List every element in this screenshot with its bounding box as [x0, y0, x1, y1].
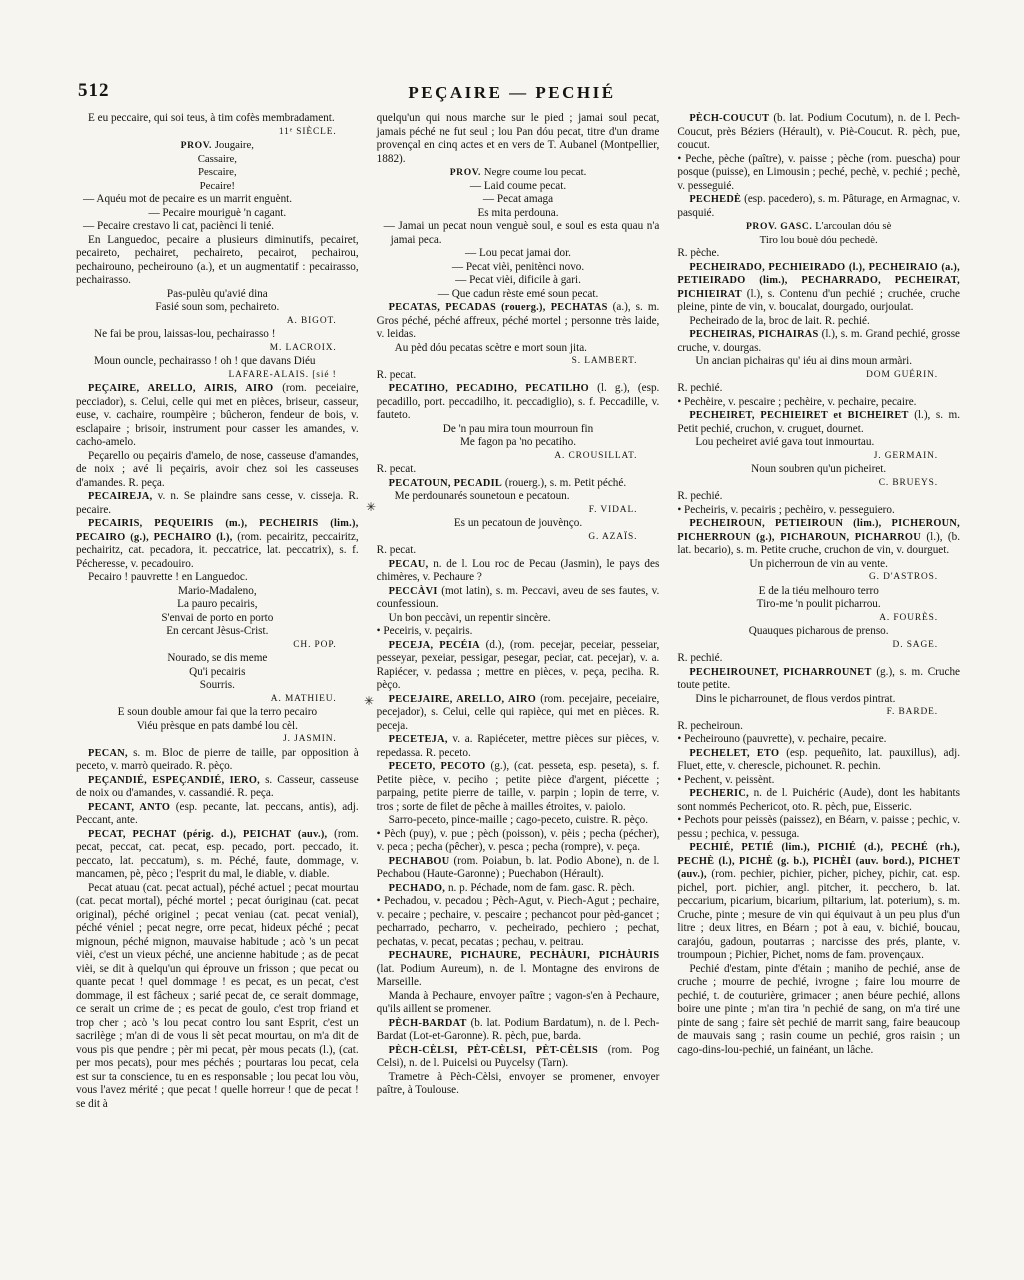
dictionary-entry: PÈCH-BARDAT (b. lat. Podium Bardatum), n… [377, 1017, 660, 1044]
headword: PECHADO, [389, 883, 445, 894]
dictionary-entry: PECAIRIS, PEQUEIRIS (m.), PECHEIRIS (lim… [76, 517, 359, 571]
dictionary-entry: PECHELET, ETO (esp. pequeñito, lat. paux… [677, 747, 960, 774]
continuation-paragraph: R. pèche. [677, 247, 960, 261]
cross-reference-note: • Pecheirouno (pauvrette), v. pechaire, … [677, 733, 960, 747]
continuation-paragraph: R. pecat. [377, 544, 660, 558]
verse-line: Qu'i pecairis [76, 666, 359, 680]
headword: PECHELET, ETO [689, 748, 779, 759]
body-text: Trametre à Pèch-Cèlsi, envoyer se promen… [377, 1071, 660, 1097]
body-text: Sarro-peceto, pince-maille ; cago-peceto… [389, 814, 648, 826]
headword: PECATAS, PECADAS (rouerg.), PECHATAS [389, 302, 608, 313]
verse-quote: Mario-Madaleno,La pauro pecairis,S'envai… [76, 585, 359, 639]
citation-line: Au pèd dóu pecatas scètre e mort soun ji… [377, 342, 660, 356]
citation-line: Un picherroun de vin au vente. [677, 558, 960, 572]
citation-attribution: DOM GUÉRIN. [677, 369, 960, 383]
body-text: R. pecat. [377, 369, 416, 381]
headword: PÈCH-CÈLSI, PÈT-CÈLSI, PÈT-CÈLSIS [389, 1045, 598, 1056]
citation-attribution: D. SAGE. [677, 639, 960, 653]
body-text: Au pèd dóu pecatas scètre e mort soun ji… [395, 342, 587, 354]
body-text: F. BARDE. [887, 707, 938, 717]
proverb-block: PROV. Negre coume lou pecat. [377, 166, 660, 180]
citation-attribution: F. VIDAL. [377, 504, 660, 518]
headword: PECAU, [389, 559, 429, 570]
cross-reference-note: • Pechadou, v. pecadou ; Pèch-Agut, v. P… [377, 895, 660, 949]
headword: PECHEIRAS, PICHAIRAS [689, 329, 818, 340]
dictionary-entry: PECAIREJA, v. n. Se plaindre sans cesse,… [76, 490, 359, 517]
verse-line: Pas-pulèu qu'avié dina [76, 288, 359, 302]
body-text: — Pecat vièi, penitènci novo. [452, 261, 584, 273]
body-text: • Peche, pèche (paître), v. paisse ; pèc… [677, 153, 960, 192]
cross-reference-note: • Pechent, v. peissènt. [677, 774, 960, 788]
verse-quote: Nourado, se dis memeQu'i pecairisSourris… [76, 652, 359, 693]
dictionary-entry: PÈCH-CÈLSI, PÈT-CÈLSI, PÈT-CÈLSIS (rom. … [377, 1044, 660, 1071]
verse-line: La pauro pecairis, [76, 598, 359, 612]
body-text: — Laid coume pecat. [470, 180, 566, 192]
dictionary-entry: PECEJAIRE, ARELLO, AIRO (rom. pecejaire,… [377, 693, 660, 734]
body-text: 11ᵉ SIÈCLE. [279, 127, 337, 137]
headword: PECHAURE, PICHAURE, PECHÀURI, PICHÀURIS [389, 950, 660, 961]
example-paragraph: Un bon peccàvi, un repentir sincère. [377, 612, 660, 626]
body-text: Moun ouncle, pechairasso ! oh ! que dava… [94, 355, 316, 367]
body-text: D. SAGE. [893, 640, 938, 650]
body-text: • Pechent, v. peissènt. [677, 774, 774, 786]
body-text: quelqu'un qui nous marche sur le pied ; … [377, 112, 660, 165]
dictionary-entry: PEÇANDIÉ, ESPEÇANDIÉ, IERO, s. Casseur, … [76, 774, 359, 801]
cross-reference-note: • Pechèire, v. pescaire ; pechèire, v. p… [677, 396, 960, 410]
verse-line: S'envai de porto en porto [76, 612, 359, 626]
proverb-line: — Que cadun rèste emé soun pecat. [377, 288, 660, 302]
body-text: F. VIDAL. [589, 505, 638, 515]
body-text: (lat. Podium Aureum), n. de l. Montagne … [377, 963, 660, 989]
headword: PECANT, ANTO [88, 802, 170, 813]
example-paragraph: Pecheirado de la, broc de lait. R. pechi… [677, 315, 960, 329]
headword: PECHEIRET, PECHIEIRET et BICHEIRET [689, 410, 908, 421]
body-text: • Pechadou, v. pecadou ; Pèch-Agut, v. P… [377, 895, 660, 948]
dictionary-entry: PECHEIROUNET, PICHARROUNET (g.), s. m. C… [677, 666, 960, 693]
headword: PECETO, PECOTO [389, 761, 486, 772]
proverb-label: PROV. [450, 167, 481, 178]
column-left: E eu peccaire, qui soi teus, à tim cofès… [76, 112, 359, 1111]
headword: PECCÀVI [389, 586, 438, 597]
body-text: Dins le picharrounet, de flous verdos pi… [695, 693, 895, 705]
proverb-block: PROV. Jougaire,Cassaire,Pescaire,Pecaire… [76, 139, 359, 193]
column-middle: quelqu'un qui nous marche sur le pied ; … [377, 112, 660, 1111]
body-text: Un bon peccàvi, un repentir sincère. [389, 612, 551, 624]
body-text: R. pecat. [377, 544, 416, 556]
dictionary-entry: PECANT, ANTO (esp. pecante, lat. peccans… [76, 801, 359, 828]
verse-line: Viéu prèsque en pats dambé lou cèl. [76, 720, 359, 734]
body-text: A. BIGOT. [287, 316, 337, 326]
verse-line: Negre coume lou pecat. [484, 166, 587, 178]
proverb-line: — Pecaire mouriguè 'n cagant. [76, 207, 359, 221]
body-text: Un picherroun de vin au vente. [749, 558, 888, 570]
body-text: CH. POP. [293, 640, 336, 650]
headword: PECHEIROUN, PETIEIROUN (lim.), PICHEROUN… [677, 518, 960, 543]
dictionary-entry: PECCÀVI (mot latin), s. m. Peccavi, aveu… [377, 585, 660, 612]
example-paragraph: Peçarello ou peçairis d'amelo, de nose, … [76, 450, 359, 491]
citation-attribution: A. MATHIEU. [76, 693, 359, 707]
headword: PECHEDÈ [689, 194, 741, 205]
body-text: DOM GUÉRIN. [866, 370, 938, 380]
citation-line: Lou pecheiret avié gava tout inmourtau. [677, 436, 960, 450]
body-text: J. JASMIN. [283, 734, 337, 744]
body-text: G. AZAÏS. [588, 532, 637, 542]
dictionary-entry: PECAN, s. m. Bloc de pierre de taille, p… [76, 747, 359, 774]
cross-reference-note: • Pechots pour peissès (paissez), en Béa… [677, 814, 960, 841]
cross-reference-note: • Peche, pèche (paître), v. paisse ; pèc… [677, 153, 960, 194]
verse-line: Cassaire, [76, 153, 359, 167]
headword: PEÇAIRE, ARELLO, AIRIS, AIRO [88, 383, 273, 394]
verse-line: Mario-Madaleno, [76, 585, 359, 599]
dictionary-entry: PECHIÉ, PETIÉ (lim.), PICHIÉ (d.), PECHÉ… [677, 841, 960, 963]
proverb-label: PROV. [181, 140, 212, 151]
example-paragraph: Trametre à Pèch-Cèlsi, envoyer se promen… [377, 1071, 660, 1098]
body-text: Peçarello ou peçairis d'amelo, de nose, … [76, 450, 359, 489]
dictionary-entry: PECHADO, n. p. Péchade, nom de fam. gasc… [377, 882, 660, 896]
dictionary-entry: PECHEIRADO, PECHIEIRADO (l.), PECHEIRAIO… [677, 261, 960, 315]
verse-line: L'arcoulan dóu sè [815, 220, 891, 232]
verse-line: Tiro-me 'n poulit picharrou. [677, 598, 960, 612]
dictionary-entry: PECHAURE, PICHAURE, PECHÀURI, PICHÀURIS … [377, 949, 660, 990]
verse-line: Es mita perdouna. [377, 207, 660, 221]
headword: PECHERIC, [689, 788, 749, 799]
body-text: — Pecat vièi, dificile à gari. [455, 274, 581, 286]
citation-line: Moun ouncle, pechairasso ! oh ! que dava… [76, 355, 359, 369]
headword: PÈCH-BARDAT [389, 1018, 467, 1029]
page-title: PEÇAIRE — PECHIÉ [0, 83, 1024, 103]
body-text: — Jamai un pecat noun venguè soul, e sou… [384, 220, 660, 246]
citation-attribution: M. LACROIX. [76, 342, 359, 356]
citation-attribution: A. BIGOT. [76, 315, 359, 329]
citation-line: Quauques picharous de prenso. [677, 625, 960, 639]
body-text: — Lou pecat jamai dor. [465, 247, 571, 259]
column-right: PÈCH-COUCUT (b. lat. Podium Cocutum), n.… [677, 112, 960, 1111]
citation-line: Ne fai be prou, laissas-lou, pechairasso… [76, 328, 359, 342]
body-text: (rouerg.), s. m. Petit péché. [505, 477, 626, 489]
body-text: Pecheirado de la, broc de lait. R. pechi… [689, 315, 869, 327]
continuation-paragraph: R. pechié. [677, 382, 960, 396]
verse-quote: — Pecat amagaEs mita perdouna. [377, 193, 660, 220]
example-paragraph: En Languedoc, pecaire a plusieurs diminu… [76, 234, 359, 288]
headword: PECHABOU [389, 856, 450, 867]
headword: PÈCH-COUCUT [689, 113, 769, 124]
verse-line: Pecaire! [76, 180, 359, 194]
body-text: Pecat atuau (cat. pecat actual), péché a… [76, 882, 359, 1110]
citation-attribution: 11ᵉ SIÈCLE. [76, 126, 359, 140]
body-text: E eu peccaire, qui soi teus, à tim cofès… [88, 112, 335, 124]
body-text: R. pechié. [677, 652, 722, 664]
body-text: Manda à Pechaure, envoyer paître ; vagon… [377, 990, 660, 1016]
verse-line: Me fagon pa 'no pecatiho. [377, 436, 660, 450]
dictionary-entry: PEÇAIRE, ARELLO, AIRIS, AIRO (rom. pecei… [76, 382, 359, 450]
body-text: A. MATHIEU. [271, 694, 337, 704]
example-paragraph: Pecairo ! pauvrette ! en Languedoc. [76, 571, 359, 585]
verse-line: — Pecat amaga [377, 193, 660, 207]
citation-attribution: CH. POP. [76, 639, 359, 653]
verse-line: En cercant Jèsus-Crist. [76, 625, 359, 639]
citation-attribution: J. JASMIN. [76, 733, 359, 747]
headword: PECATIHO, PECADIHO, PECATILHO [389, 383, 589, 394]
body-text: R. pechié. [677, 382, 722, 394]
headword: PECAT, PECHAT (périg. d.), PEICHAT (auv.… [88, 829, 327, 840]
continuation-paragraph: R. pecat. [377, 463, 660, 477]
dictionary-entry: PECHABOU (rom. Poiabun, b. lat. Podio Ab… [377, 855, 660, 882]
body-text: Quauques picharous de prenso. [749, 625, 889, 637]
continuation-paragraph: quelqu'un qui nous marche sur le pied ; … [377, 112, 660, 166]
dictionary-entry: PECATIHO, PECADIHO, PECATILHO (l. g.), (… [377, 382, 660, 423]
headword: PECEJA, PECÉIA [389, 640, 480, 651]
citation-attribution: J. GERMAIN. [677, 450, 960, 464]
body-text: • Pecheiris, v. pecairis ; pechèiro, v. … [677, 504, 894, 516]
body-text: J. GERMAIN. [874, 451, 938, 461]
proverb-label: PROV. GASC. [746, 221, 812, 232]
headword: PECHEIROUNET, PICHARROUNET [689, 667, 871, 678]
body-text: Me perdounarés sounetoun e pecatoun. [395, 490, 570, 502]
body-text: Un ancian pichairas qu' iéu ai dins moun… [695, 355, 912, 367]
proverb-line: — Lou pecat jamai dor. [377, 247, 660, 261]
verse-quote: E soun double amour fai que la terro pec… [76, 706, 359, 733]
citation-attribution: F. BARDE. [677, 706, 960, 720]
body-text: Lou pecheiret avié gava tout inmourtau. [695, 436, 874, 448]
citation-line: Noun soubren qu'un picheiret. [677, 463, 960, 477]
citation-attribution: LAFARE-ALAIS. [sié ! [76, 369, 359, 383]
proverb-line: — Aquéu mot de pecaire es un marrit engu… [76, 193, 359, 207]
body-text: — Pecaire mouriguè 'n cagant. [148, 207, 286, 219]
dictionary-entry: PECETEJA, v. a. Rapiéceter, mettre pièce… [377, 733, 660, 760]
verse-line: Jougaire, [215, 139, 254, 151]
proverb-block: PROV. GASC. L'arcoulan dóu sèTiro lou bo… [677, 220, 960, 247]
body-text: — Pecaire crestavo li cat, paciènci li t… [83, 220, 274, 232]
dictionary-entry: PECAT, PECHAT (périg. d.), PEICHAT (auv.… [76, 828, 359, 882]
headword: PECETEJA, [389, 734, 448, 745]
citation-attribution: C. BRUEYS. [677, 477, 960, 491]
citation-attribution: G. AZAÏS. [377, 531, 660, 545]
verse-line: Pescaire, [76, 166, 359, 180]
verse-line: E soun double amour fai que la terro pec… [76, 706, 359, 720]
dictionary-entry: PECHEDÈ (esp. pacedero), s. m. Pâturage,… [677, 193, 960, 220]
verse-line: E de la tiéu melhouro terro [677, 585, 960, 599]
proverb-line: — Jamai un pecat noun venguè soul, e sou… [377, 220, 660, 247]
dictionary-entry: PECHEIRAS, PICHAIRAS (l.), s. m. Grand p… [677, 328, 960, 355]
citation-line: Es un pecatoun de jouvènço. [377, 517, 660, 531]
body-text: — Aquéu mot de pecaire es un marrit engu… [83, 193, 292, 205]
body-text: C. BRUEYS. [879, 478, 938, 488]
citation-line: Dins le picharrounet, de flous verdos pi… [677, 693, 960, 707]
headword: PEÇANDIÉ, ESPEÇANDIÉ, IERO, [88, 775, 260, 786]
proverb-line: — Laid coume pecat. [377, 180, 660, 194]
verse-line: Nourado, se dis meme [76, 652, 359, 666]
body-text: R. pechié. [677, 490, 722, 502]
body-text: A. CROUSILLAT. [554, 451, 637, 461]
headword: PECATOUN, PECADIL [389, 478, 502, 489]
verse-quote: E de la tiéu melhouro terroTiro-me 'n po… [677, 585, 960, 612]
dictionary-entry: PECAU, n. de l. Lou roc de Pecau (Jasmin… [377, 558, 660, 585]
verse-line: De 'n pau mira toun mourroun fin [377, 423, 660, 437]
body-text: R. pecheiroun. [677, 720, 743, 732]
body-text: n. p. Péchade, nom de fam. gasc. R. pèch… [448, 882, 635, 894]
citation-attribution: S. LAMBERT. [377, 355, 660, 369]
headword: PECAN, [88, 748, 128, 759]
citation-line: Un ancian pichairas qu' iéu ai dins moun… [677, 355, 960, 369]
example-paragraph: Pecat atuau (cat. pecat actual), péché a… [76, 882, 359, 1112]
dictionary-entry: PECATOUN, PECADIL (rouerg.), s. m. Petit… [377, 477, 660, 491]
body-text: • Pecheirouno (pauvrette), v. pechaire, … [677, 733, 886, 745]
verse-line: Fasié soun som, pechaireto. [76, 301, 359, 315]
body-text: S. LAMBERT. [572, 356, 638, 366]
citation-attribution: A. CROUSILLAT. [377, 450, 660, 464]
body-text: En Languedoc, pecaire a plusieurs diminu… [76, 234, 359, 287]
headword: PECEJAIRE, ARELLO, AIRO [389, 694, 536, 705]
citation-attribution: A. FOURÈS. [677, 612, 960, 626]
body-text: LAFARE-ALAIS. [sié ! [228, 370, 336, 380]
cross-reference-note: • Pecheiris, v. pecairis ; pechèiro, v. … [677, 504, 960, 518]
body-text: R. pèche. [677, 247, 719, 259]
proverb-line: — Pecat vièi, dificile à gari. [377, 274, 660, 288]
body-text: • Pechèire, v. pescaire ; pechèire, v. p… [677, 396, 916, 408]
body-text: • Pèch (puy), v. pue ; pèch (poisson), v… [377, 828, 660, 854]
verse-line: Tiro lou bouè dóu pechedè. [677, 234, 960, 248]
body-text: Pecairo ! pauvrette ! en Languedoc. [88, 571, 248, 583]
headword: PECAIREJA, [88, 491, 153, 502]
dictionary-entry: PECHERIC, n. de l. Puichéric (Aude), don… [677, 787, 960, 814]
example-paragraph: Sarro-peceto, pince-maille ; cago-peceto… [377, 814, 660, 828]
dictionary-entry: PECHEIRET, PECHIEIRET et BICHEIRET (l.),… [677, 409, 960, 436]
text-columns: E eu peccaire, qui soi teus, à tim cofès… [76, 112, 960, 1111]
example-paragraph: E eu peccaire, qui soi teus, à tim cofès… [76, 112, 359, 126]
example-paragraph: Manda à Pechaure, envoyer paître ; vagon… [377, 990, 660, 1017]
dictionary-entry: PÈCH-COUCUT (b. lat. Podium Cocutum), n.… [677, 112, 960, 153]
proverb-line: — Pecaire crestavo li cat, paciènci li t… [76, 220, 359, 234]
body-text: Noun soubren qu'un picheiret. [751, 463, 886, 475]
example-paragraph: Pechié d'estam, pinte d'étain ; maniho d… [677, 963, 960, 1058]
dictionary-entry: PECHEIROUN, PETIEIROUN (lim.), PICHEROUN… [677, 517, 960, 558]
body-text: Pechié d'estam, pinte d'étain ; maniho d… [677, 963, 960, 1056]
citation-line: Me perdounarés sounetoun e pecatoun. [377, 490, 660, 504]
verse-line: Sourris. [76, 679, 359, 693]
proverb-line: — Pecat vièi, penitènci novo. [377, 261, 660, 275]
citation-attribution: G. D'ASTROS. [677, 571, 960, 585]
cross-reference-note: • Pèch (puy), v. pue ; pèch (poisson), v… [377, 828, 660, 855]
body-text: M. LACROIX. [270, 343, 337, 353]
body-text: Es un pecatoun de jouvènço. [454, 517, 582, 529]
continuation-paragraph: R. pechié. [677, 490, 960, 504]
body-text: • Peceiris, v. peçairis. [377, 625, 473, 637]
body-text: — Que cadun rèste emé soun pecat. [438, 288, 599, 300]
dictionary-entry: PECATAS, PECADAS (rouerg.), PECHATAS (a.… [377, 301, 660, 342]
body-text: G. D'ASTROS. [869, 572, 938, 582]
verse-quote: De 'n pau mira toun mourroun finMe fagon… [377, 423, 660, 450]
body-text: (rom. pechier, pichier, picher, pichey, … [677, 868, 960, 961]
body-text: A. FOURÈS. [879, 613, 938, 623]
continuation-paragraph: R. pecheiroun. [677, 720, 960, 734]
dictionary-entry: PECETO, PECOTO (g.), (cat. pesseta, esp.… [377, 760, 660, 814]
body-text: • Pechots pour peissès (paissez), en Béa… [677, 814, 960, 840]
continuation-paragraph: R. pechié. [677, 652, 960, 666]
continuation-paragraph: R. pecat. [377, 369, 660, 383]
dictionary-entry: PECEJA, PECÉIA (d.), (rom. pecejar, pece… [377, 639, 660, 693]
body-text: Ne fai be prou, laissas-lou, pechairasso… [94, 328, 275, 340]
body-text: R. pecat. [377, 463, 416, 475]
verse-quote: Pas-pulèu qu'avié dinaFasié soun som, pe… [76, 288, 359, 315]
cross-reference-note: • Peceiris, v. peçairis. [377, 625, 660, 639]
